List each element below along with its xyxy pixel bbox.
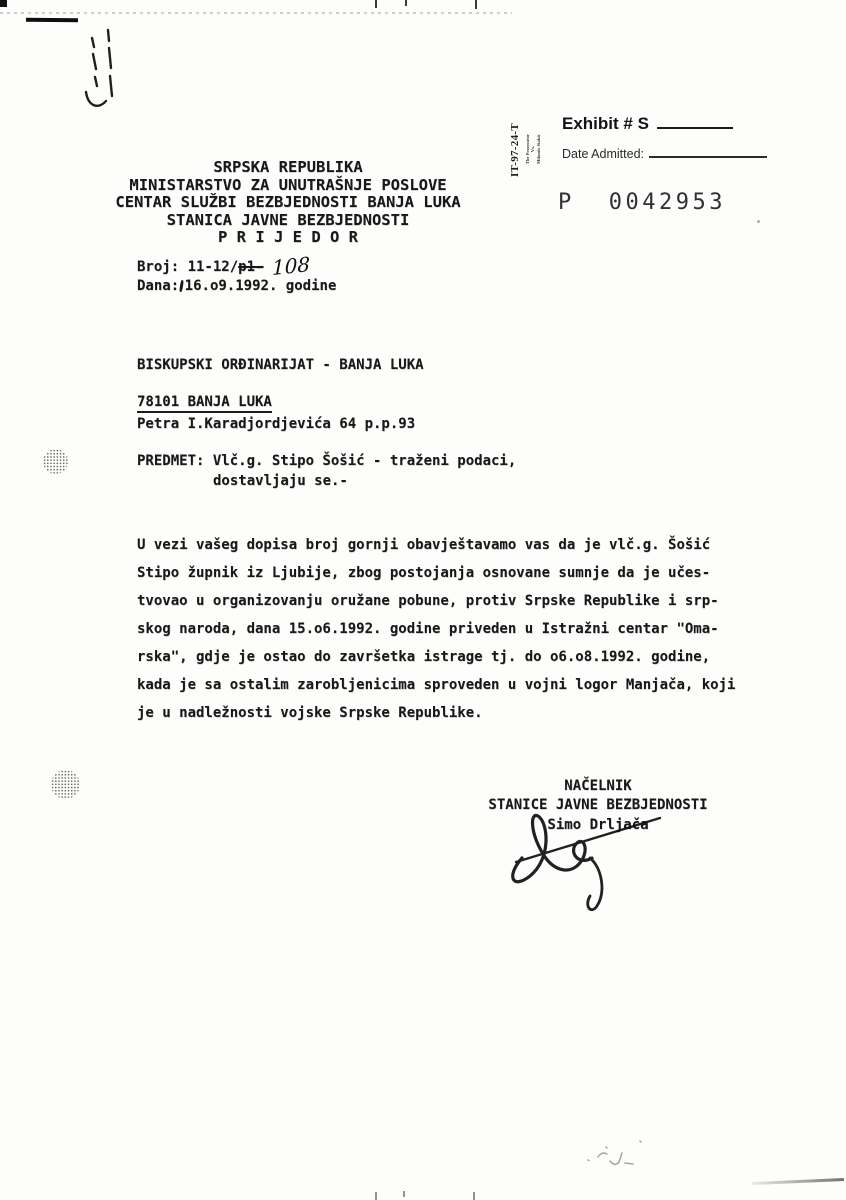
letterhead: SRPSKA REPUBLIKA MINISTARSTVO ZA UNUTRAŠ…: [110, 159, 466, 247]
case-parties-line: Milomir Stakić: [536, 120, 541, 178]
scan-corner-mark: [0, 0, 7, 7]
ern-number: 0042953: [609, 190, 726, 215]
body-line: skog naroda, dana 15.o6.1992. godine pri…: [137, 615, 757, 643]
addressee-street: Petra I.Karadjordjevića 64 p.p.93: [137, 416, 415, 432]
body-line: kada je sa ostalim zarobljenicima sprove…: [137, 671, 757, 699]
registration-tick: [375, 1192, 377, 1200]
body-line: U vezi vašeg dopisa broj gornji obavješt…: [137, 531, 757, 559]
registration-tick: [473, 1192, 475, 1200]
broj-label: Broj:: [137, 259, 188, 275]
addressee-name: BISKUPSKI ORĐINARIJAT - BANJA LUKA: [137, 357, 424, 373]
date-admitted-stamp: Date Admitted:: [562, 147, 767, 161]
reference-date-line: Dana:16.o9.1992. godine: [137, 277, 336, 296]
registration-tick: [375, 0, 377, 8]
scan-speck: [757, 220, 760, 223]
letter-body: U vezi vašeg dopisa broj gornji obavješt…: [137, 531, 757, 727]
stray-pen-mark: [179, 280, 183, 292]
pen-scribble-mark: [78, 22, 128, 114]
date-admitted-label: Date Admitted:: [562, 147, 644, 161]
dana-value: 16.o9.1992. godine: [185, 278, 337, 294]
handwritten-signature: [440, 770, 700, 930]
scan-scratch-line: [0, 12, 512, 14]
letterhead-line: SRPSKA REPUBLIKA: [110, 159, 466, 177]
reference-block: Broj: 11-12/p1-108 Dana:16.o9.1992. godi…: [137, 257, 336, 296]
letterhead-line: STANICA JAVNE BEZBJEDNOSTI: [110, 212, 466, 230]
registration-tick: [405, 0, 407, 6]
punch-hole-mark: [51, 770, 80, 799]
body-line: Stipo župnik iz Ljubije, zbog postojanja…: [137, 559, 757, 587]
registration-tick: [475, 0, 477, 9]
addressee-city: 78101 BANJA LUKA: [137, 394, 272, 413]
letterhead-line: MINISTARSTVO ZA UNUTRAŠNJE POSLOVE: [110, 177, 466, 195]
subject-line: PREDMET: Vlč.g. Stipo Šošić - traženi po…: [137, 452, 516, 472]
broj-handwritten-value: 108: [273, 255, 311, 278]
subject-block: PREDMET: Vlč.g. Stipo Šošić - traženi po…: [137, 452, 516, 491]
exhibit-stamp: Exhibit # S: [562, 114, 733, 134]
body-line: je u nadležnosti vojske Srpske Republike…: [137, 699, 757, 727]
exhibit-blank-line: [657, 127, 733, 129]
letterhead-line: CENTAR SLUŽBI BEZBJEDNOSTI BANJA LUKA: [110, 194, 466, 212]
dana-label: Dana:: [137, 278, 179, 294]
subject-line: dostavljaju se.-: [137, 472, 516, 492]
case-parties-vertical-text: The Prosecutor Vs. Milomir Stakić: [525, 120, 541, 178]
document-page: IT-97-24-T The Prosecutor Vs. Milomir St…: [0, 0, 846, 1200]
scan-smudge-mark: [580, 1135, 700, 1180]
letterhead-line: P R I J E D O R: [110, 229, 466, 247]
exhibit-label: Exhibit # S: [562, 114, 649, 133]
date-admitted-blank-line: [649, 156, 767, 158]
case-number-vertical-text: IT-97-24-T: [509, 117, 521, 183]
body-line: rska", gdje je ostao do završetka istrag…: [137, 643, 757, 671]
body-line: tvovao u organizovanju oružane pobune, p…: [137, 587, 757, 615]
registration-tick: [403, 1191, 405, 1197]
scan-edge-strip: [26, 18, 78, 23]
broj-typed-value: 11-12/: [188, 259, 239, 275]
reference-number-line: Broj: 11-12/p1-108: [137, 257, 336, 277]
punch-hole-mark: [43, 449, 68, 474]
scan-smudge-line: [752, 1178, 844, 1185]
evidence-reference-number: P0042953: [558, 190, 726, 215]
broj-struck-value: p1-: [238, 259, 263, 275]
ern-prefix: P: [558, 190, 575, 215]
